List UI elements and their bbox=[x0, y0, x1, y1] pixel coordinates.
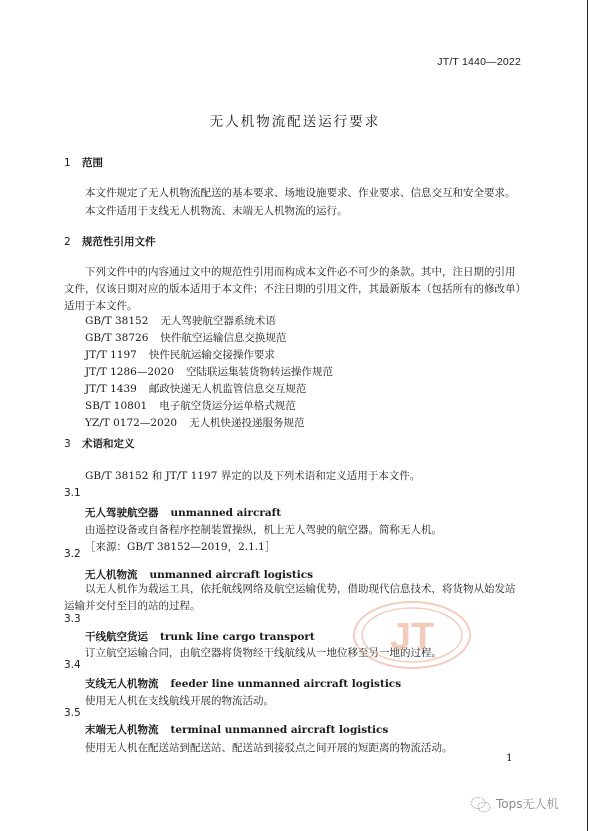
reference-code: YZ/T 0172—2020 bbox=[85, 417, 177, 429]
reference-title: 邮政快递无人机监管信息交互规范 bbox=[149, 383, 307, 395]
reference-item: GB/T 38726快件航空运输信息交换规范 bbox=[85, 330, 286, 345]
reference-item: JT/T 1439邮政快递无人机监管信息交互规范 bbox=[85, 381, 306, 396]
section-3-heading: 3术语和定义 bbox=[64, 436, 135, 451]
section-title: 范围 bbox=[82, 157, 103, 169]
reference-title: 快件民航运输交接操作要求 bbox=[149, 349, 275, 361]
reference-code: JT/T 1197 bbox=[85, 349, 137, 361]
section-number: 1 bbox=[64, 157, 82, 169]
term-zh: 无人机物流 bbox=[85, 569, 138, 581]
term-source: ［来源：GB/T 38152—2019，2.1.1］ bbox=[85, 539, 275, 554]
watermark-text: Tops无人机 bbox=[496, 797, 559, 811]
term-heading: 无人驾驶航空器unmanned aircraft bbox=[85, 505, 281, 520]
reference-title: 电子航空货运分运单格式规范 bbox=[159, 400, 296, 412]
clause-number: 3.2 bbox=[64, 548, 81, 560]
standard-number: JT/T 1440—2022 bbox=[437, 56, 521, 68]
section-2-heading: 2规范性引用文件 bbox=[64, 234, 156, 249]
term-zh: 无人驾驶航空器 bbox=[85, 507, 159, 519]
page-number: 1 bbox=[506, 752, 513, 764]
clause-number: 3.4 bbox=[64, 659, 81, 671]
reference-item: JT/T 1286—2020空陆联运集装货物转运操作规范 bbox=[85, 364, 333, 379]
reference-code: GB/T 38152 bbox=[85, 315, 148, 327]
term-en: unmanned aircraft bbox=[171, 507, 282, 519]
term-definition: 以无人机作为载运工具，依托航线网络及航空运输优势，借助现代信息技术，将货物从始发… bbox=[64, 581, 522, 615]
term-definition: 订立航空运输合同，由航空器将货物经干线航线从一地位移至另一地的过程。 bbox=[85, 645, 442, 660]
term-heading: 干线航空货运trunk line cargo transport bbox=[85, 629, 315, 644]
paragraph: 本文件规定了无人机物流配送的基本要求、场地设施要求、作业要求、信息交互和安全要求… bbox=[85, 185, 516, 200]
section-number: 2 bbox=[64, 236, 82, 248]
term-zh: 干线航空货运 bbox=[85, 631, 148, 643]
section-title: 规范性引用文件 bbox=[82, 236, 156, 248]
reference-code: GB/T 38726 bbox=[85, 332, 148, 344]
clause-number: 3.3 bbox=[64, 613, 81, 625]
term-definition: 由遥控设备或自备程序控制装置操纵，机上无人驾驶的航空器。简称无人机。 bbox=[85, 522, 442, 537]
reference-title: 无人机快递投递服务规范 bbox=[189, 417, 305, 429]
paragraph: GB/T 38152 和 JT/T 1197 界定的以及下列术语和定义适用于本文… bbox=[85, 468, 420, 483]
reference-item: YZ/T 0172—2020无人机快递投递服务规范 bbox=[85, 415, 305, 430]
term-zh: 支线无人机物流 bbox=[85, 678, 159, 690]
reference-title: 无人驾驶航空器系统术语 bbox=[160, 315, 276, 327]
reference-code: JT/T 1439 bbox=[85, 383, 137, 395]
term-heading: 末端无人机物流terminal unmanned aircraft logist… bbox=[85, 722, 388, 737]
paragraph: 本文件适用于支线无人机物流、末端无人机物流的运行。 bbox=[85, 203, 348, 218]
term-en: terminal unmanned aircraft logistics bbox=[171, 724, 389, 736]
section-number: 3 bbox=[64, 438, 82, 450]
watermark: Tops无人机 bbox=[470, 795, 559, 814]
reference-title: 快件航空运输信息交换规范 bbox=[160, 332, 286, 344]
clause-number: 3.5 bbox=[64, 707, 81, 719]
term-heading: 支线无人机物流feeder line unmanned aircraft log… bbox=[85, 676, 401, 691]
document-title: 无人机物流配送运行要求 bbox=[0, 110, 590, 130]
section-1-heading: 1范围 bbox=[64, 155, 103, 170]
term-en: feeder line unmanned aircraft logistics bbox=[171, 678, 402, 690]
term-en: unmanned aircraft logistics bbox=[150, 569, 314, 581]
term-heading: 无人机物流unmanned aircraft logistics bbox=[85, 567, 313, 582]
wechat-icon bbox=[470, 796, 492, 814]
reference-item: SB/T 10801电子航空货运分运单格式规范 bbox=[85, 398, 296, 413]
term-zh: 末端无人机物流 bbox=[85, 724, 159, 736]
reference-title: 空陆联运集装货物转运操作规范 bbox=[186, 366, 333, 378]
reference-item: JT/T 1197快件民航运输交接操作要求 bbox=[85, 347, 275, 362]
reference-code: JT/T 1286—2020 bbox=[85, 366, 174, 378]
reference-item: GB/T 38152无人驾驶航空器系统术语 bbox=[85, 313, 276, 328]
clause-number: 3.1 bbox=[64, 487, 81, 499]
term-en: trunk line cargo transport bbox=[160, 631, 315, 643]
term-definition: 使用无人机在配送站到配送站、配送站到接驳点之间开展的短距离的物流活动。 bbox=[85, 740, 453, 755]
section-title: 术语和定义 bbox=[82, 438, 135, 450]
paragraph: 下列文件中的内容通过文中的规范性引用而构成本文件必不可少的条款。其中，注日期的引… bbox=[64, 264, 522, 315]
reference-code: SB/T 10801 bbox=[85, 400, 147, 412]
term-definition: 使用无人机在支线航线开展的物流活动。 bbox=[85, 693, 274, 708]
